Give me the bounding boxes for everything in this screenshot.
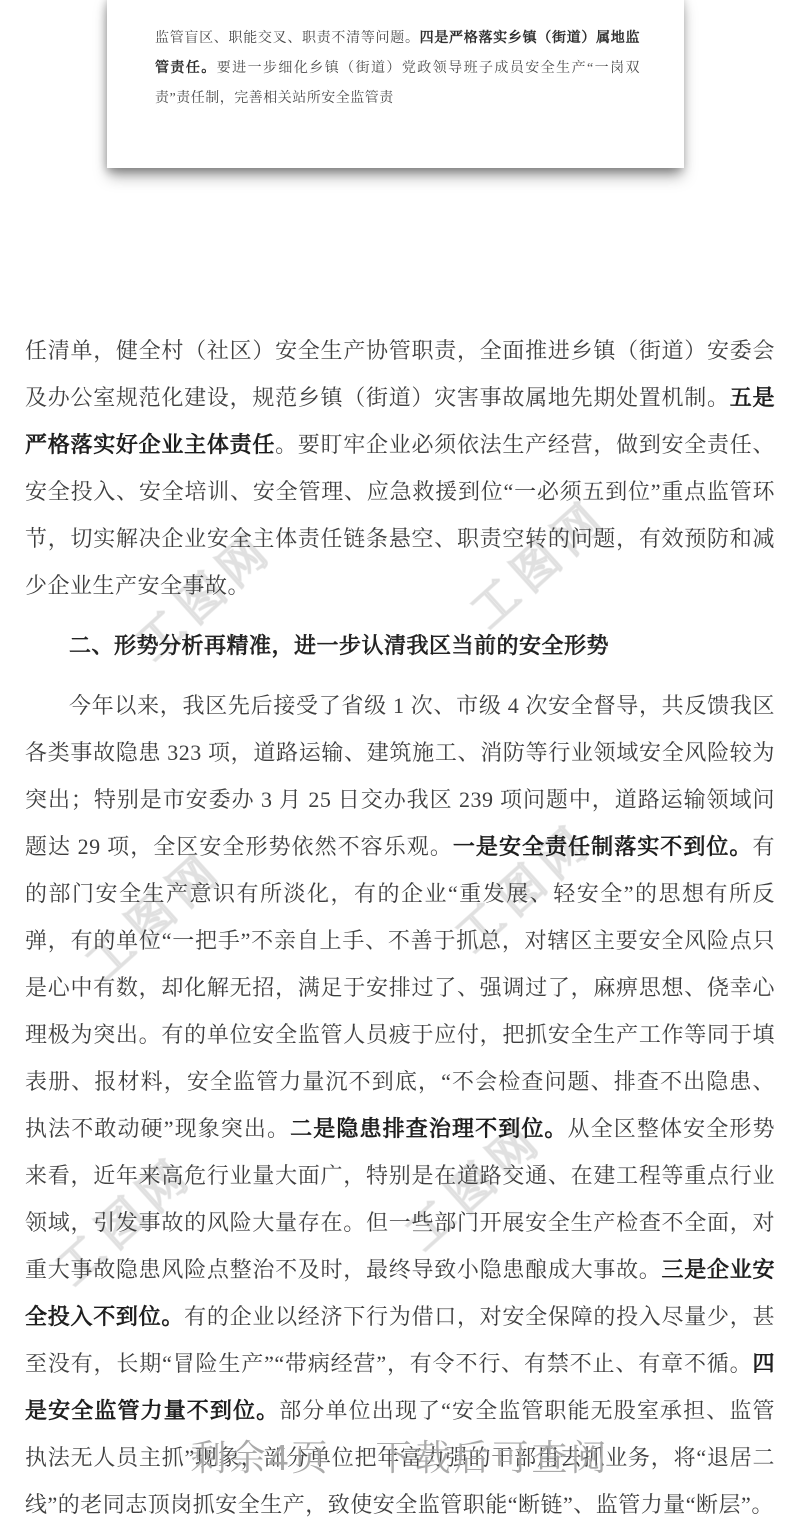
document-preview-page: 工图网 工图网 工图网 工图网 工图网 工图网 监管盲区、职能交叉、职责不清等问…: [0, 0, 800, 1535]
previous-page-preview: 监管盲区、职能交叉、职责不清等问题。四是严格落实乡镇（街道）属地监管责任。要进一…: [107, 0, 684, 168]
paragraph-situation-analysis: 今年以来，我区先后接受了省级 1 次、市级 4 次安全督导，共反馈我区各类事故隐…: [25, 682, 775, 1528]
remaining-pages-count: 剩余4页: [190, 1437, 330, 1478]
remaining-pages-notice: 剩余4页 下载后可查阅: [0, 1430, 800, 1481]
document-body: 任清单，健全村（社区）安全生产协管职责，全面推进乡镇（街道）安委会及办公室规范化…: [0, 327, 800, 1528]
section-heading: 二、形势分析再精准，进一步认清我区当前的安全形势: [25, 622, 775, 669]
paragraph-continuation: 任清单，健全村（社区）安全生产协管职责，全面推进乡镇（街道）安委会及办公室规范化…: [25, 327, 775, 609]
download-to-view-hint: 下载后可查阅: [376, 1437, 610, 1478]
page-preview-text: 监管盲区、职能交叉、职责不清等问题。四是严格落实乡镇（街道）属地监管责任。要进一…: [155, 24, 640, 114]
